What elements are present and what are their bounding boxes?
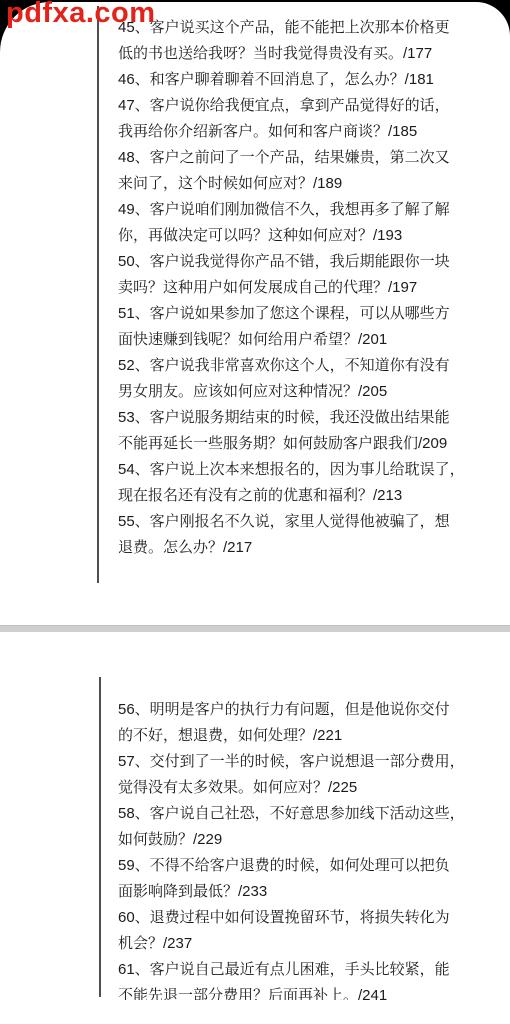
page-gap-separator bbox=[0, 625, 510, 632]
toc-line: 低的书也送给我呀？当时我觉得贵没有买。/177 bbox=[118, 41, 504, 67]
page-2-left-border-rule bbox=[99, 677, 101, 997]
toc-line: 觉得没有太多效果。如何应对？/225 bbox=[118, 775, 504, 801]
toc-line: 来问了，这个时候如何应对？/189 bbox=[118, 171, 504, 197]
toc-line: 49、客户说咱们刚加微信不久，我想再多了解了解 bbox=[118, 197, 504, 223]
toc-line: 不能再延长一些服务期？如何鼓励客户跟我们/209 bbox=[118, 431, 504, 457]
toc-line: 面影响降到最低？/233 bbox=[118, 879, 504, 905]
toc-line: 56、明明是客户的执行力有问题，但是他说你交付 bbox=[118, 697, 504, 723]
toc-line: 男女朋友。应该如何应对这种情况？/205 bbox=[118, 379, 504, 405]
toc-list-page-1: 45、客户说买这个产品，能不能把上次那本价格更低的书也送给我呀？当时我觉得贵没有… bbox=[118, 15, 504, 579]
toc-line: 53、客户说服务期结束的时候，我还没做出结果能 bbox=[118, 405, 504, 431]
toc-line: 50、客户说我觉得你产品不错，我后期能跟你一块 bbox=[118, 249, 504, 275]
toc-list-page-2: 56、明明是客户的执行力有问题，但是他说你交付的不好，想退费，如何处理？/221… bbox=[118, 697, 504, 1000]
toc-line: 如何鼓励？/229 bbox=[118, 827, 504, 853]
toc-line: 55、客户刚报名不久说，家里人觉得他被骗了，想 bbox=[118, 509, 504, 535]
toc-line: 47、客户说你给我便宜点，拿到产品觉得好的话， bbox=[118, 93, 504, 119]
toc-line: 退费。怎么办？/217 bbox=[118, 535, 504, 561]
toc-line: 54、客户说上次本来想报名的，因为事儿给耽误了， bbox=[118, 457, 504, 483]
toc-line: 60、退费过程中如何设置挽留环节，将损失转化为 bbox=[118, 905, 504, 931]
toc-line: 我再给你介绍新客户。如何和客户商谈？/185 bbox=[118, 119, 504, 145]
toc-line: 机会？/237 bbox=[118, 931, 504, 957]
toc-line: 面快速赚到钱呢？如何给用户希望？/201 bbox=[118, 327, 504, 353]
toc-line: 59、不得不给客户退费的时候，如何处理可以把负 bbox=[118, 853, 504, 879]
toc-line: 51、客户说如果参加了您这个课程，可以从哪些方 bbox=[118, 301, 504, 327]
toc-line: 57、交付到了一半的时候，客户说想退一部分费用， bbox=[118, 749, 504, 775]
toc-line: 46、和客户聊着聊着不回消息了，怎么办？/181 bbox=[118, 67, 504, 93]
toc-line: 卖吗？这种用户如何发展成自己的代理？/197 bbox=[118, 275, 504, 301]
toc-line: 48、客户之前问了一个产品，结果嫌贵，第二次又 bbox=[118, 145, 504, 171]
watermark-text: pdfxa.com bbox=[6, 0, 156, 30]
toc-line: 58、客户说自己社恐，不好意思参加线下活动这些， bbox=[118, 801, 504, 827]
toc-line: 45、客户说买这个产品，能不能把上次那本价格更 bbox=[118, 15, 504, 41]
pdf-viewer: pdfxa.com 45、客户说买这个产品，能不能把上次那本价格更低的书也送给我… bbox=[0, 0, 510, 1024]
page-1-left-border-rule bbox=[97, 6, 99, 583]
toc-line: 现在报名还有没有之前的优惠和福利？/213 bbox=[118, 483, 504, 509]
toc-line: 不能先退一部分费用？后面再补上。/241 bbox=[118, 983, 504, 1000]
toc-line: 你，再做决定可以吗？这种如何应对？/193 bbox=[118, 223, 504, 249]
toc-line: 61、客户说自己最近有点儿困难，手头比较紧，能 bbox=[118, 957, 504, 983]
toc-line: 的不好，想退费，如何处理？/221 bbox=[118, 723, 504, 749]
toc-line: 52、客户说我非常喜欢你这个人，不知道你有没有 bbox=[118, 353, 504, 379]
